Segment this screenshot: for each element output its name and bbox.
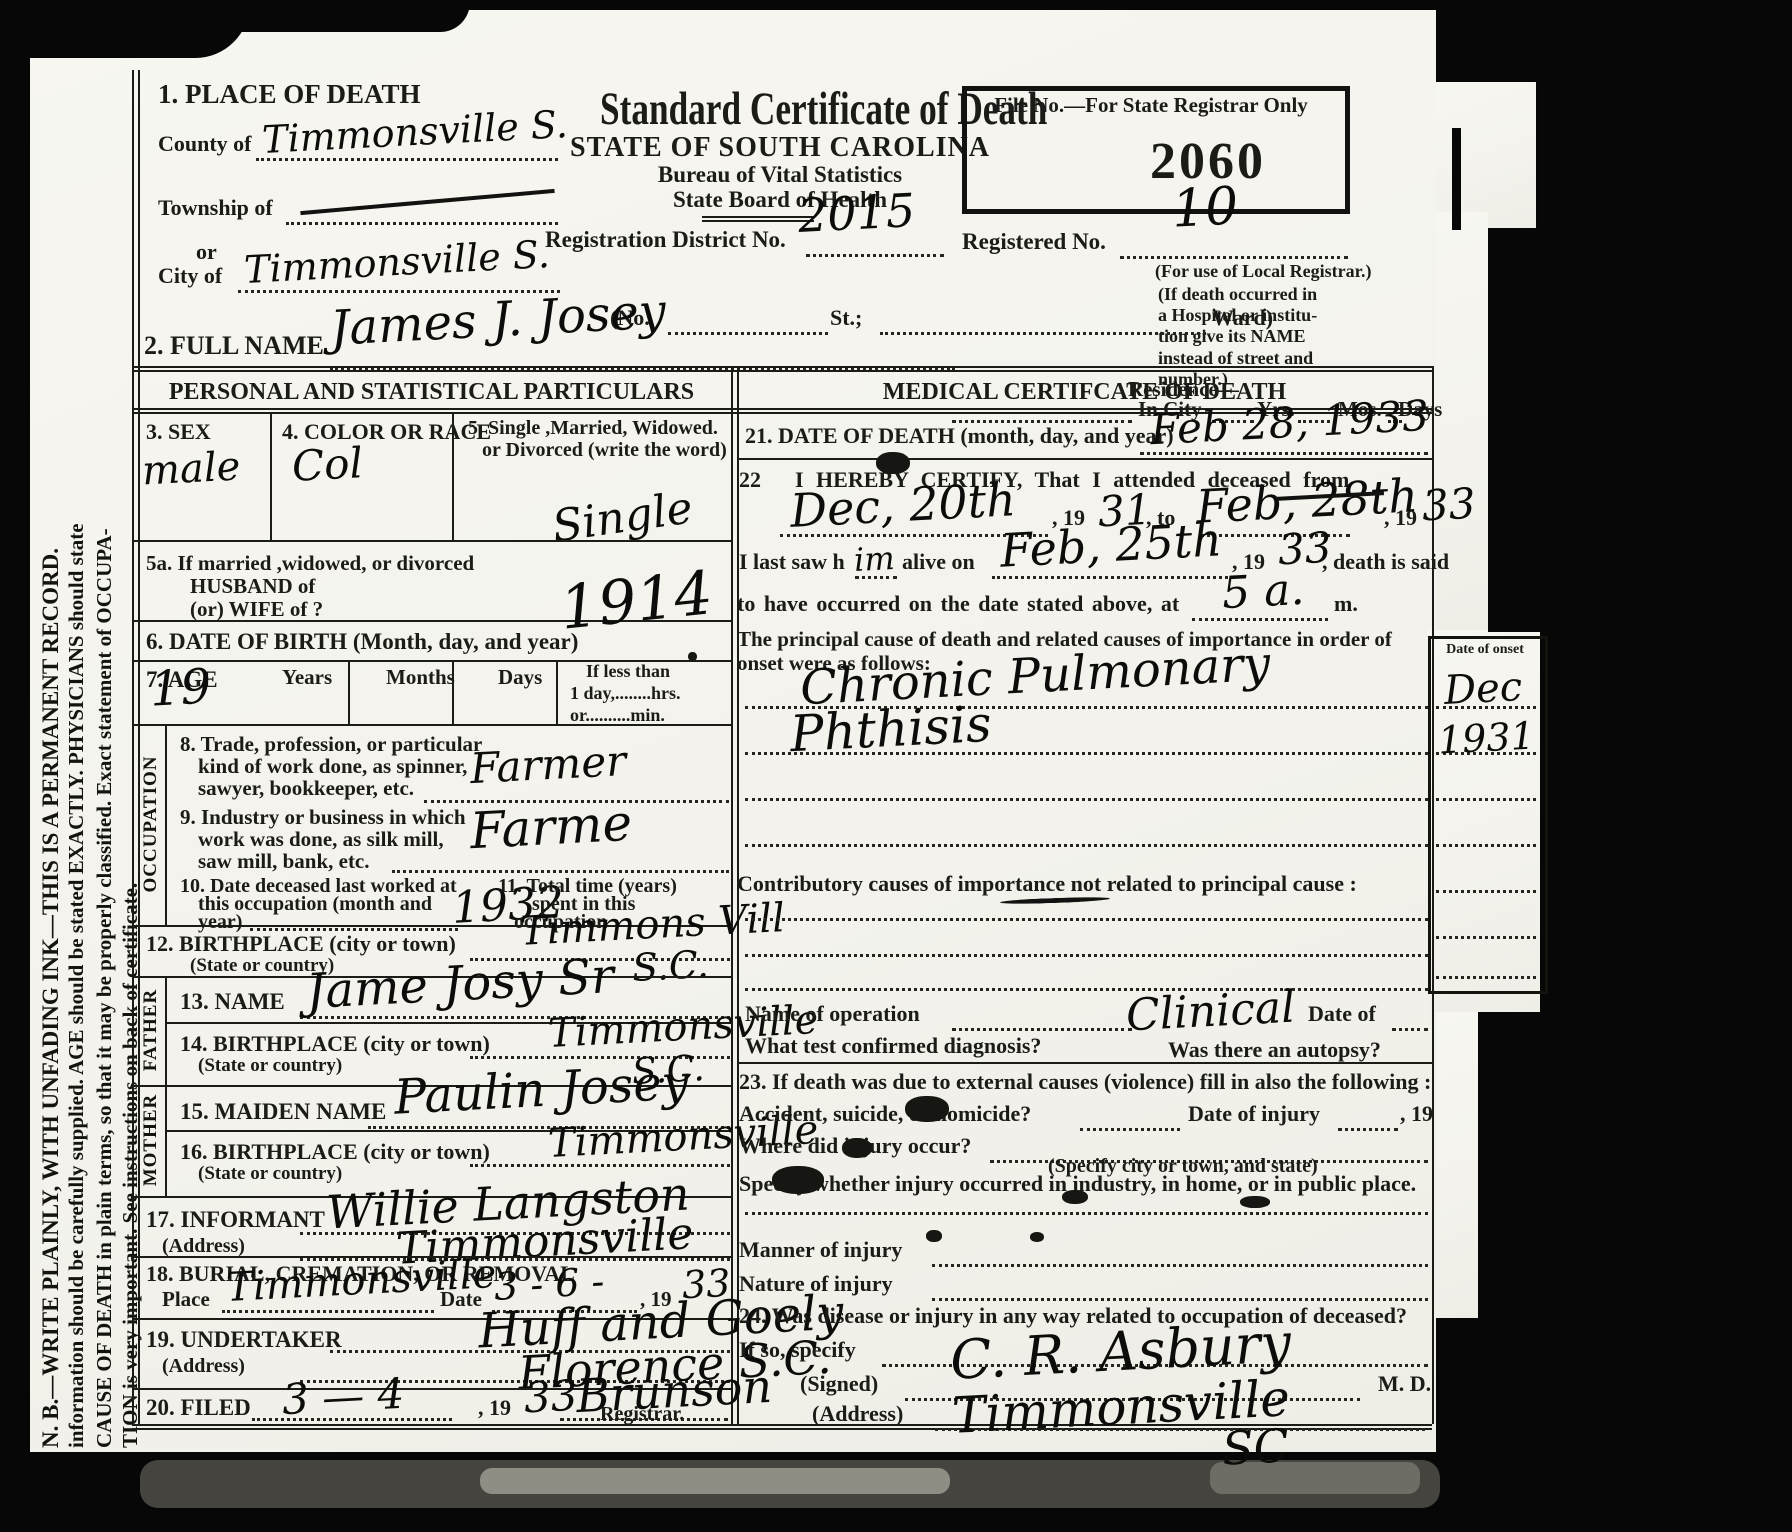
s8-label-line1: 8. Trade, profession, or particular: [180, 733, 482, 756]
onset-year-handwriting: 1931: [1437, 713, 1536, 762]
s15-label: 15. MAIDEN NAME: [180, 1100, 386, 1125]
main-box-top-rule: [132, 366, 1432, 372]
marital-label-line1: 5. Single ,Married, Widowed.: [468, 418, 718, 440]
injury-date-line: [1338, 1128, 1398, 1131]
dob-label: 6. DATE OF BIRTH (Month, day, and year): [146, 630, 578, 655]
ink-blot: [905, 1096, 949, 1122]
ink-blot: [1240, 1196, 1270, 1208]
certify-to-year-handwriting: 33: [1421, 479, 1477, 531]
age-col-divider-3: [556, 660, 558, 724]
scan-patch-right-mid: [1488, 228, 1542, 632]
s8-label-line2: kind of work done, as spinner,: [198, 755, 467, 778]
scanned-death-certificate: N. B.—WRITE PLAINLY, WITH UNFADING INK—T…: [0, 0, 1792, 1532]
hospital-note: (If death occurred in a Hospital or inst…: [1158, 284, 1317, 390]
informant-label: 17. INFORMANT: [146, 1208, 325, 1233]
age-months-header: Months: [386, 666, 455, 689]
row-a-bottom-rule: [132, 540, 732, 542]
sex-race-divider: [270, 414, 272, 540]
occurred-time-handwriting: 5 a.: [1221, 564, 1306, 619]
cause-line-3: [745, 798, 1428, 801]
margin-note-line-3: CAUSE OF DEATH in plain terms, so that i…: [92, 63, 117, 1448]
specify-line: [745, 1212, 1428, 1215]
burial-place-label: Place: [162, 1288, 210, 1311]
scan-texture-light: [480, 1468, 950, 1494]
paper-edge-strip-top: [1436, 80, 1536, 230]
ifso-label: If so, specify: [739, 1338, 856, 1362]
accident-label: Accident, suicide, or homicide?: [739, 1102, 1031, 1126]
personal-section-heading: PERSONAL AND STATISTICAL PARTICULARS: [132, 380, 731, 406]
s9-label-line1: 9. Industry or business in which: [180, 806, 466, 829]
undertaker-address-label: (Address): [162, 1356, 245, 1378]
scan-patch-right-bottom: [1436, 1318, 1546, 1458]
s14-label: 14. BIRTHPLACE (city or town): [180, 1032, 490, 1056]
onset-line-7: [1436, 976, 1536, 979]
filed-year-handwriting: 33: [523, 1371, 579, 1423]
township-line: [286, 222, 558, 225]
registration-district-handwriting: 2015: [797, 183, 917, 243]
ink-blot: [876, 452, 910, 474]
bureau-line: Bureau of Vital Statistics: [540, 163, 1020, 188]
form-left-rule-outer: [132, 70, 134, 1426]
s5a-label-line2: HUSBAND of: [190, 575, 315, 598]
father-strip-rule: [165, 976, 167, 1085]
street-no-line: [668, 332, 828, 335]
city-label: City of: [158, 264, 222, 288]
contributory-line-1: [745, 918, 1428, 921]
onset-line-6: [1436, 936, 1536, 939]
scan-pen-mark-right: [1452, 128, 1461, 230]
mother-strip-rule: [165, 1085, 167, 1196]
registered-no-line: [1120, 256, 1348, 259]
sex-handwriting: male: [141, 443, 242, 494]
ink-blot: [772, 1166, 824, 1194]
state-line: STATE OF SOUTH CAROLINA: [540, 133, 1020, 163]
registered-no-handwriting: 10: [1170, 176, 1239, 239]
s9-label-line3: saw mill, bank, etc.: [198, 850, 370, 873]
age-years-header: Years: [282, 666, 332, 689]
age-less-line2: 1 day,........hrs.: [570, 684, 681, 703]
age-less-line3: or..........min.: [570, 706, 665, 725]
age-col-divider-2: [452, 660, 454, 724]
s8-handwriting: Farmer: [469, 736, 628, 793]
or-label: or: [196, 240, 217, 264]
registrar-label: Registrar.: [600, 1404, 684, 1426]
s5a-label-line3: (or) WIFE of ?: [190, 598, 323, 621]
cause-handwriting-line2: Phthisis: [789, 695, 993, 763]
filed-year-prefix: , 19: [478, 1396, 511, 1420]
s13-label: 13. NAME: [180, 990, 285, 1015]
m21-bottom-rule: [737, 458, 1432, 460]
manner-line: [932, 1264, 1428, 1267]
accident-line: [1080, 1128, 1180, 1131]
registration-district-label: Registration District No.: [545, 228, 786, 253]
nature-line: [932, 1298, 1428, 1301]
registration-district-line: [806, 254, 944, 257]
sex-label: 3. SEX: [146, 420, 211, 444]
street-label: St.;: [830, 306, 862, 330]
nature-label: Nature of injury: [739, 1272, 893, 1296]
marital-label-line2: or Divorced (write the word): [482, 440, 727, 462]
margin-note-line-2: information should be carefully supplied…: [64, 63, 89, 1448]
ink-blot: [688, 652, 697, 661]
burial-place-line: [222, 1310, 434, 1313]
occupation-side-label: OCCUPATION: [140, 726, 162, 922]
operation-date-label: Date of: [1308, 1002, 1376, 1026]
injury-date-label: Date of injury: [1188, 1102, 1320, 1126]
injury-19-label: , 19: [1400, 1102, 1433, 1126]
age-less-line1: If less than: [586, 662, 670, 681]
onset-line-5: [1436, 890, 1536, 893]
manner-label: Manner of injury: [739, 1238, 902, 1262]
contributory-line-2: [745, 954, 1428, 957]
contributory-line-3: [745, 988, 1428, 991]
registered-no-label: Registered No.: [962, 230, 1106, 255]
operation-line: [952, 1028, 1132, 1031]
paper-edge-strip-mid: [1436, 212, 1488, 642]
s8-label-line3: sawyer, bookkeeper, etc.: [198, 777, 414, 800]
s9-line: [392, 870, 729, 873]
onset-line-4: [1436, 844, 1536, 847]
ink-blot: [1030, 1232, 1044, 1242]
test-handwriting: Clinical: [1125, 982, 1297, 1042]
occurred-m-label: m.: [1334, 592, 1358, 616]
county-label: County of: [158, 132, 252, 156]
ink-blot: [926, 1230, 942, 1242]
s16-label: 16. BIRTHPLACE (city or town): [180, 1140, 490, 1164]
age-days-header: Days: [498, 666, 542, 689]
scan-patch-right-low: [1478, 1012, 1542, 1322]
lastsaw-line: [992, 576, 1228, 579]
undertaker-label: 19. UNDERTAKER: [146, 1328, 342, 1353]
occupation-strip-rule: [165, 724, 167, 925]
ward-label: Ward): [1212, 306, 1273, 330]
s12-state-handwriting: S.C.: [631, 942, 710, 990]
md-label: M. D.: [1378, 1372, 1431, 1396]
physician-address-label: (Address): [812, 1402, 903, 1426]
full-name-label: 2. FULL NAME: [144, 332, 324, 360]
onset-month-handwriting: Dec: [1443, 664, 1523, 714]
certificate-title: Standard Certificate of Death: [600, 84, 960, 135]
test-label: What test confirmed diagnosis?: [745, 1034, 1041, 1058]
filed-line: [252, 1418, 452, 1421]
place-of-death-heading: 1. PLACE OF DEATH: [158, 80, 421, 109]
s9-label-line2: work was done, as silk mill,: [198, 828, 444, 851]
street-line: [880, 332, 1206, 335]
s5a-label-line1: 5a. If married ,widowed, or divorced: [146, 552, 474, 575]
ink-blot: [1062, 1190, 1088, 1204]
lastsaw-him-handwriting: im: [853, 539, 896, 579]
board-line: State Board of Health: [540, 188, 1020, 213]
signed-label: (Signed): [800, 1372, 878, 1396]
age-bottom-rule: [132, 724, 732, 726]
age-handwriting: 19: [149, 658, 213, 717]
hospital-note-line-1: (If death occurred in: [1158, 284, 1317, 305]
cause-line-4: [745, 844, 1428, 847]
township-label: Township of: [158, 196, 273, 220]
onset-header: Date of onset: [1431, 642, 1539, 657]
external-causes-label: 23. If death was due to external causes …: [739, 1070, 1431, 1094]
file-number-label: File No.—For State Registrar Only: [967, 94, 1335, 117]
occurred-time-line: [1192, 618, 1328, 621]
mother-side-label: MOTHER: [140, 1087, 162, 1193]
lastsaw-tail-label: , death is said: [1322, 550, 1449, 574]
race-handwriting: Col: [291, 438, 364, 491]
filed-label: 20. FILED: [146, 1396, 251, 1421]
informant-address-label: (Address): [162, 1236, 245, 1258]
age-col-divider-1: [348, 660, 350, 724]
margin-note-line-1: N. B.—WRITE PLAINLY, WITH UNFADING INK—T…: [38, 63, 64, 1448]
date-of-death-label: 21. DATE OF DEATH (month, day, and year): [745, 424, 1174, 448]
s14-sub-label: (State or country): [198, 1056, 342, 1077]
scan-patch-right-top: [1436, 0, 1546, 82]
s16-line: [470, 1164, 730, 1167]
column-divider-outer: [731, 366, 733, 1424]
autopsy-label: Was there an autopsy?: [1168, 1038, 1381, 1062]
local-registrar-note: (For use of Local Registrar.): [1155, 262, 1371, 281]
certify-19b: , 19: [1384, 506, 1417, 530]
test-bottom-rule: [737, 1062, 1432, 1064]
paper-edge-strip-low: [1436, 1012, 1478, 1320]
m22-number: 22: [739, 468, 761, 492]
physician-address-state-handwriting: SC: [1221, 1418, 1290, 1475]
father-side-label: FATHER: [140, 978, 162, 1082]
scan-border-left: [0, 0, 30, 1532]
occurred-label: to have occurred on the date stated abov…: [737, 592, 1179, 616]
s9-handwriting: Farme: [469, 794, 634, 860]
scan-border-right: [1540, 0, 1792, 1532]
ink-blot: [842, 1138, 872, 1158]
operation-label: Name of operation: [745, 1002, 920, 1026]
scan-blob-topleft-2: [0, 0, 250, 58]
s12-label: 12. BIRTHPLACE (city or town): [146, 932, 456, 956]
s16-sub-label: (State or country): [198, 1164, 342, 1185]
filed-date-handwriting: 3 — 4: [281, 1369, 406, 1424]
lastsaw-post-label: alive on: [902, 550, 975, 574]
onset-line-3: [1436, 798, 1536, 801]
lastsaw-pre-label: I last saw h: [739, 550, 845, 574]
operation-date-line: [1392, 1028, 1428, 1031]
masthead: Standard Certificate of Death STATE OF S…: [540, 84, 1020, 213]
contributory-label: Contributory causes of importance not re…: [737, 872, 1357, 896]
